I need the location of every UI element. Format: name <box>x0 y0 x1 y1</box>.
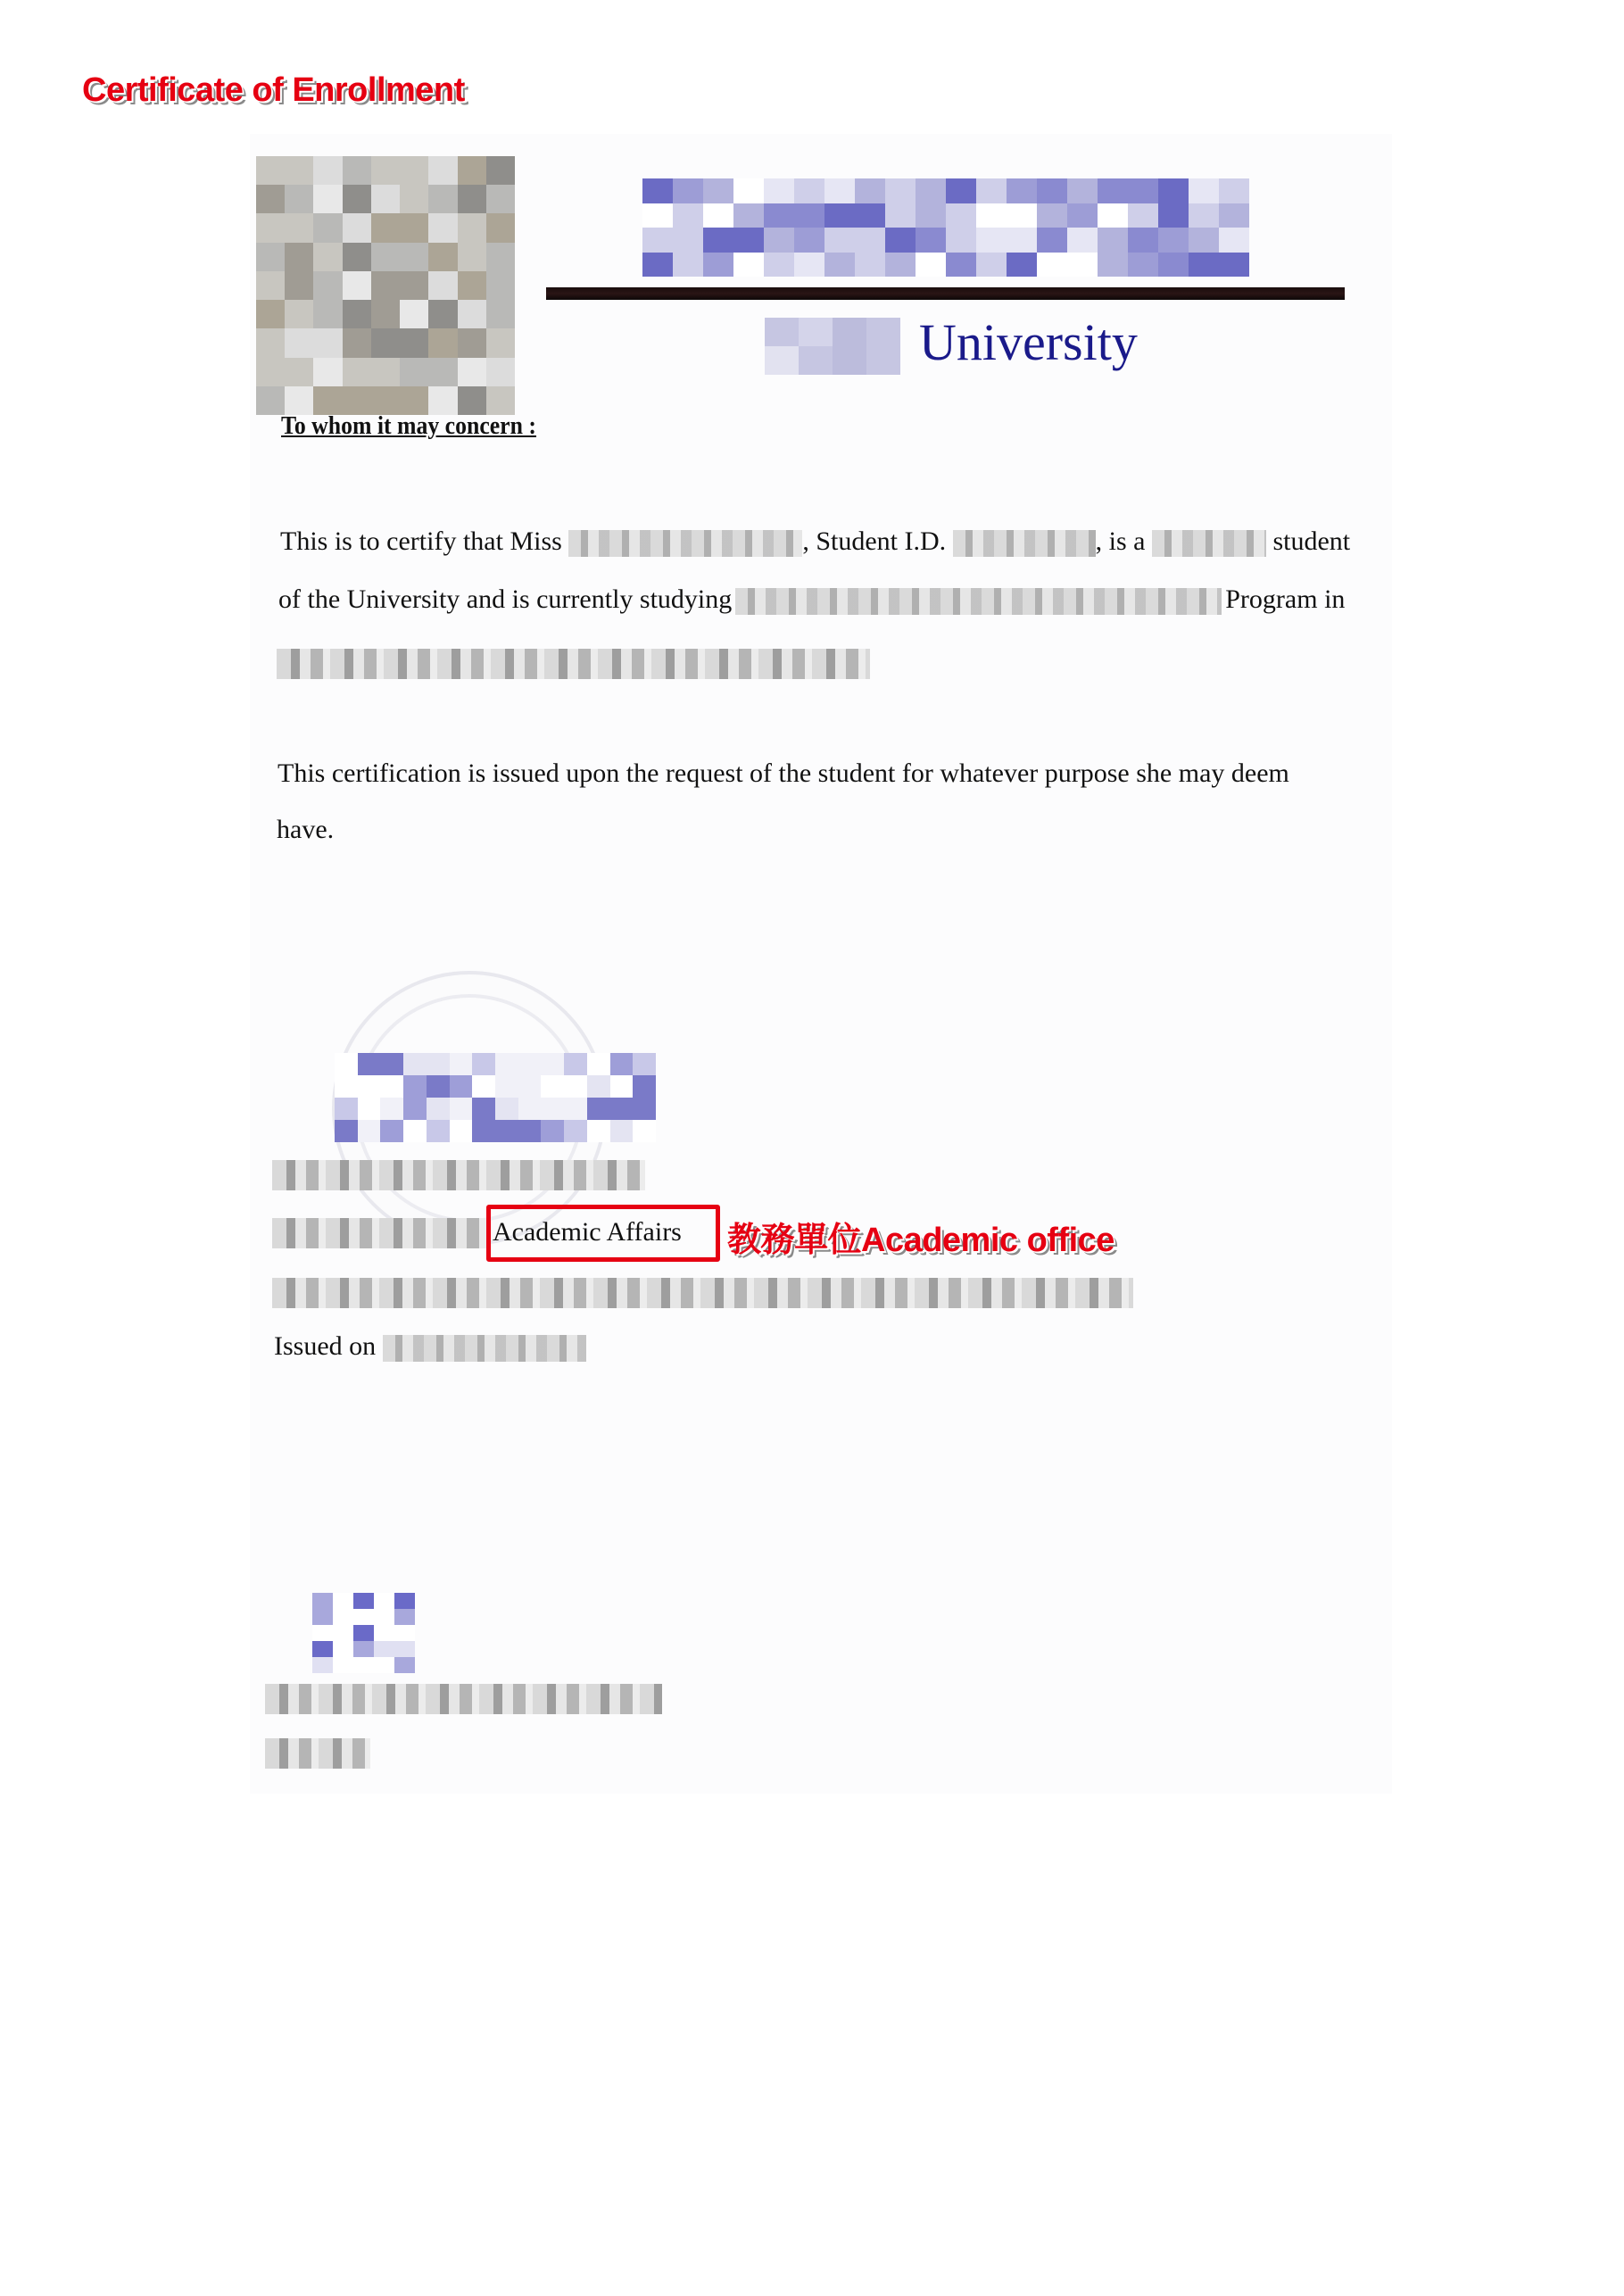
para2-line2: have. <box>277 815 334 845</box>
signature-1-redacted <box>335 1053 656 1142</box>
salutation: To whom it may concern : <box>281 412 536 441</box>
registrar-title-redacted <box>265 1738 370 1769</box>
signature-2-redacted <box>312 1593 415 1673</box>
issued-on-line: Issued on <box>274 1331 586 1362</box>
letterhead-divider <box>546 287 1345 300</box>
registrar-name-redacted <box>265 1684 662 1714</box>
para1-line2: of the University and is currently study… <box>278 584 1345 615</box>
para1-line1: This is to certify that Miss , Student I… <box>280 526 1350 557</box>
text: , Student I.D. <box>802 526 946 556</box>
text: Program in <box>1225 584 1345 614</box>
student-name-redacted <box>568 530 802 557</box>
year-redacted <box>1152 530 1266 557</box>
text: This is to certify that Miss <box>280 526 562 556</box>
signatory-position-redacted <box>272 1278 1133 1308</box>
para2-line1: This certification is issued upon the re… <box>278 758 1289 789</box>
text: student <box>1272 526 1350 556</box>
issue-date-redacted <box>383 1335 586 1362</box>
university-word: University <box>919 312 1138 372</box>
office-name: Academic Affairs <box>493 1217 682 1247</box>
annotation-callout: 教務單位Academic office <box>727 1212 1114 1261</box>
program-redacted <box>735 588 1222 615</box>
signatory-title-redacted <box>272 1218 486 1248</box>
student-id-redacted <box>953 530 1096 557</box>
signatory-name-redacted <box>272 1160 645 1190</box>
text: , is a <box>1096 526 1146 556</box>
text: of the University and is currently study… <box>278 584 732 614</box>
student-photo-redacted <box>256 156 515 415</box>
university-name-redacted <box>765 318 900 375</box>
faculty-redacted <box>277 649 870 679</box>
annotation-title: Certificate of Enrollment <box>82 71 465 110</box>
university-logo-redacted <box>642 178 1249 277</box>
issued-on-label: Issued on <box>274 1331 376 1361</box>
